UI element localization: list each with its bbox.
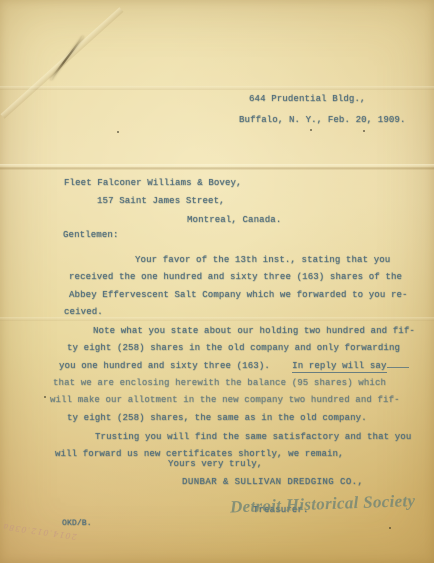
crease-mark (50, 36, 84, 80)
valediction: Yours very truly, (168, 459, 262, 469)
body-line: ceived. (64, 304, 434, 321)
body-line: Your favor of the 13th inst., stating th… (135, 252, 434, 269)
crease-mark (0, 86, 434, 90)
crease-mark (0, 164, 434, 170)
underline-tail (387, 365, 409, 368)
body-line: that we are enclosing herewith the balan… (53, 375, 434, 392)
body-line: received the one hundred and sixty three… (69, 269, 434, 286)
body-line: Abbey Effervescent Salt Company which we… (69, 287, 434, 304)
letter-body: Your favor of the 13th inst., stating th… (0, 252, 434, 464)
typist-initials: OKD/B. (62, 519, 92, 528)
body-line: you one hundred and sixty three (163). I… (59, 358, 434, 375)
letterhead-address: 644 Prudential Bldg., (249, 94, 366, 104)
body-line: Trusting you will find the same satisfac… (95, 429, 434, 446)
signature-company: DUNBAR & SULLIVAN DREDGING CO., (182, 477, 363, 487)
body-line: ty eight (258) shares, the same as in th… (67, 410, 434, 427)
letter-document: 644 Prudential Bldg., Buffalo, N. Y., Fe… (0, 0, 434, 563)
paper-speck (310, 129, 312, 131)
salutation: Gentlemen: (63, 230, 119, 240)
crease-mark (1, 7, 124, 119)
recipient-city: Montreal, Canada. (187, 215, 281, 225)
recipient-street: 157 Saint James Street, (97, 196, 225, 206)
watermark-overlay: Detroit Historical Society (230, 491, 431, 518)
paper-speck (363, 130, 365, 132)
body-line: Note what you state about our holding tw… (93, 323, 434, 340)
paper-speck (389, 527, 391, 529)
letterhead-date: Buffalo, N. Y., Feb. 20, 1909. (239, 115, 406, 125)
underlined-phrase: In reply will say (292, 361, 386, 373)
body-line: will make our allotment in the new compa… (50, 392, 434, 409)
paper-speck (117, 131, 119, 133)
body-line-text: you one hundred and sixty three (163). (59, 361, 292, 371)
recipient-name: Fleet Falconer Williams & Bovey, (64, 178, 242, 188)
body-line: ty eight (258) shares in the old company… (67, 340, 434, 357)
